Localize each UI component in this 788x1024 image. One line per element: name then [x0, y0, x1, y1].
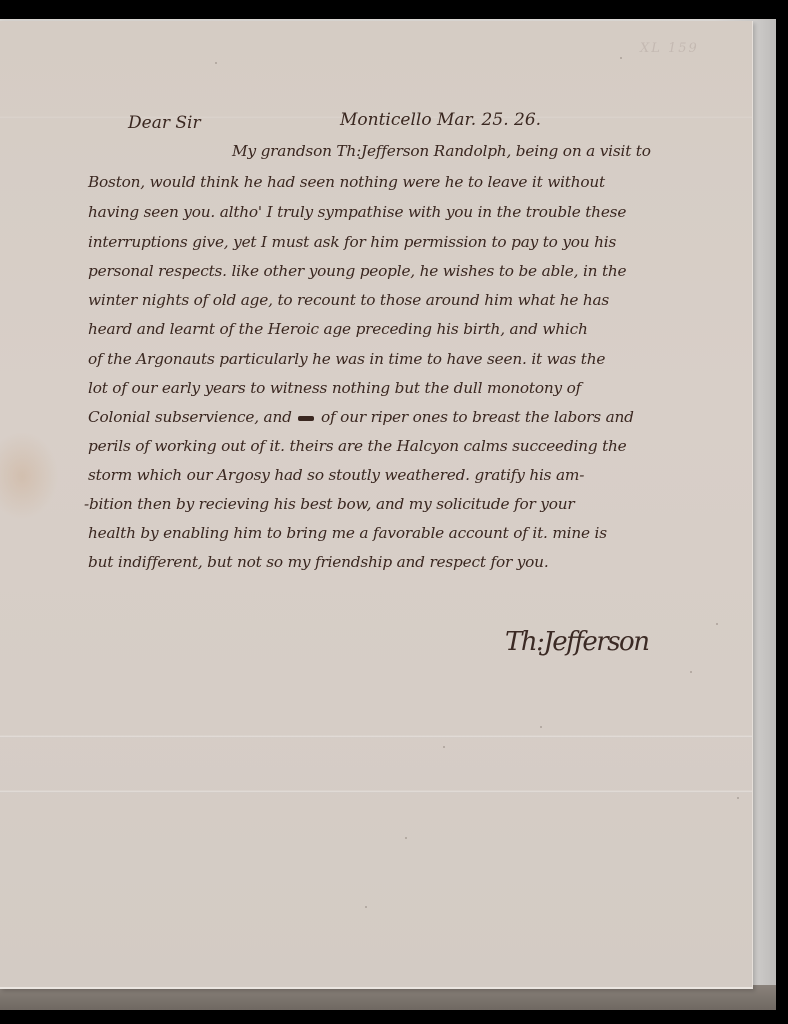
letter-line: of the Argonauts particularly he was in …	[88, 350, 605, 368]
letter-line: storm which our Argosy had so stoutly we…	[88, 466, 584, 484]
letter-line: lot of our early years to witness nothin…	[88, 379, 581, 397]
paper-speck	[215, 62, 217, 64]
letter-line: interruptions give, yet I must ask for h…	[88, 233, 616, 251]
letter-line: -bition then by recieving his best bow, …	[84, 495, 574, 513]
fold-crease	[0, 790, 752, 793]
letter-page: XL 159 Dear Sir Monticello Mar. 25. 26. …	[0, 21, 753, 989]
paper-speck	[540, 726, 542, 728]
letter-line: Boston, would think he had seen nothing …	[88, 173, 605, 191]
letter-line: perils of working out of it. theirs are …	[88, 437, 627, 455]
salutation: Dear Sir	[128, 113, 201, 133]
letter-line: Colonial subservience, and [struck] of o…	[88, 408, 634, 426]
letter-line: health by enabling him to bring me a fav…	[88, 524, 607, 542]
letter-line: having seen you. altho' I truly sympathi…	[88, 203, 626, 221]
letter-line: winter nights of old age, to recount to …	[88, 291, 609, 309]
archive-mark: XL 159	[640, 41, 699, 56]
line-text-after-strike: of our riper ones to breast the labors a…	[321, 408, 634, 426]
image-frame: XL 159 Dear Sir Monticello Mar. 25. 26. …	[0, 0, 788, 1024]
signature: Th:Jefferson	[505, 627, 648, 657]
paper-speck	[405, 837, 407, 839]
letter-line: but indifferent, but not so my friendshi…	[88, 553, 549, 571]
paper-speck	[365, 906, 367, 908]
letter-line: My grandson Th:Jefferson Randolph, being…	[232, 142, 651, 160]
struck-out-word: [struck]	[298, 416, 314, 421]
paper-speck	[737, 797, 739, 799]
paper-speck	[690, 671, 692, 673]
paper-speck	[716, 623, 718, 625]
paper-speck	[443, 746, 445, 748]
fold-crease	[0, 735, 752, 738]
line-text-before-strike: Colonial subservience, and	[88, 408, 292, 426]
paper-speck	[620, 57, 622, 59]
letter-line: heard and learnt of the Heroic age prece…	[88, 320, 588, 338]
dateline: Monticello Mar. 25. 26.	[340, 110, 541, 130]
letter-line: personal respects. like other young peop…	[88, 262, 626, 280]
